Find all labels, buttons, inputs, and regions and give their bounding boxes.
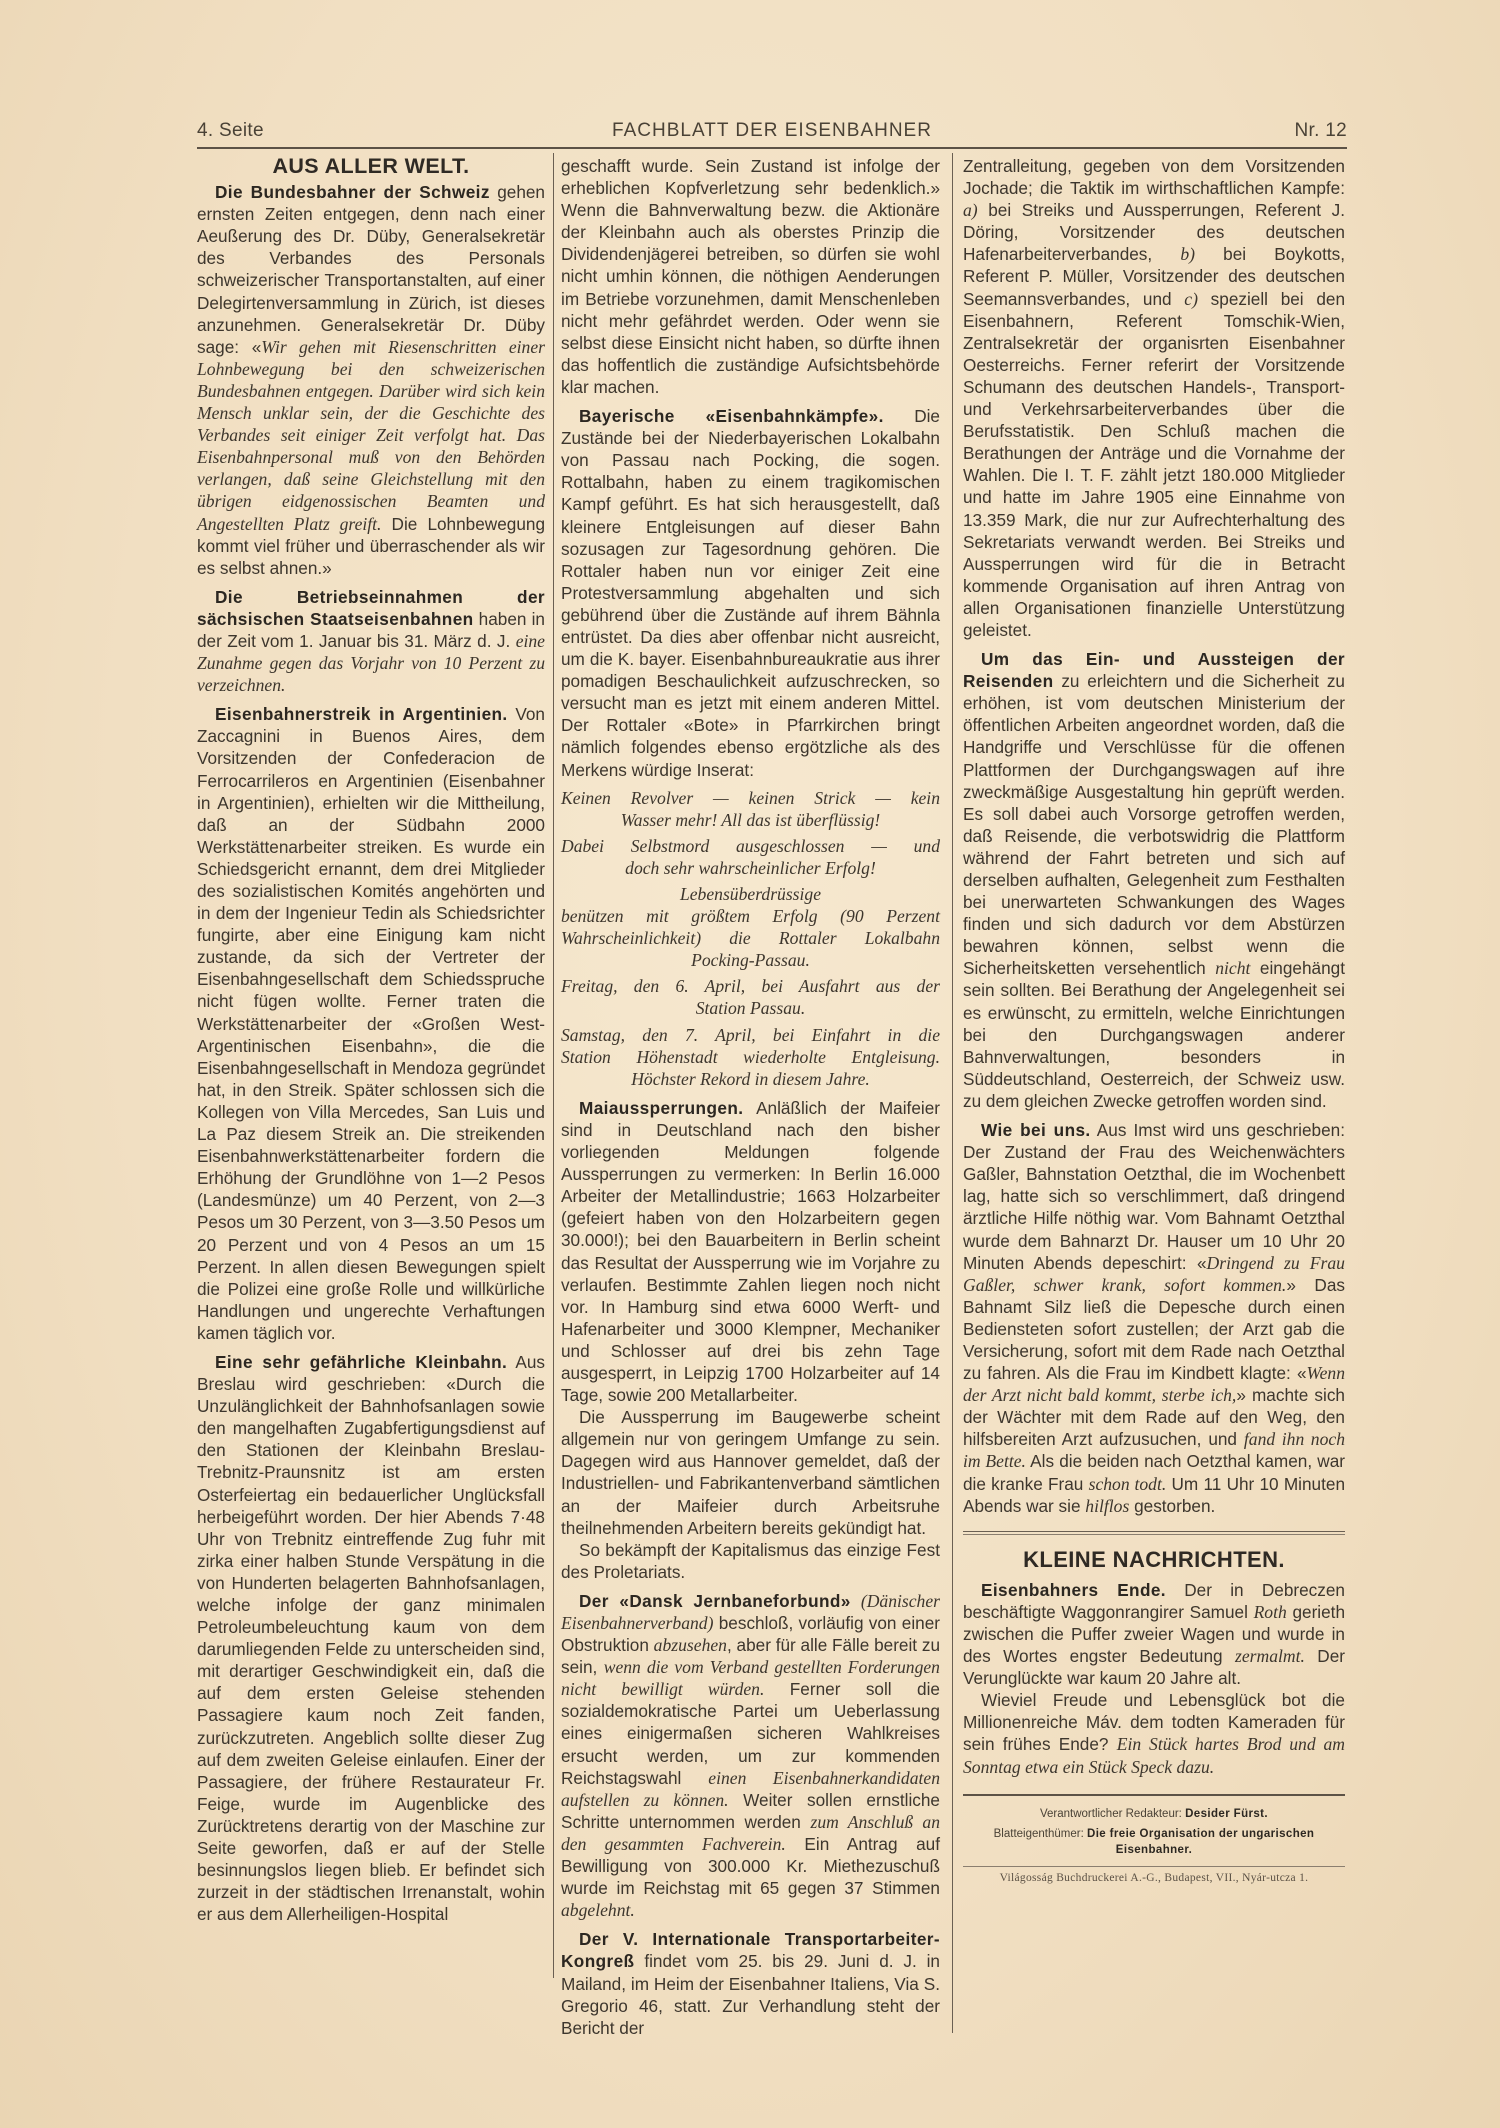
emphasis-text: abgelehnt. [561, 1900, 635, 1920]
article-headline: Die Bundesbahner der Schweiz [215, 182, 490, 202]
emphasis-text: nicht [1215, 958, 1250, 978]
article-paragraph: Der V. Internationale Transportarbeiter-… [561, 1928, 940, 2038]
article-paragraph: Eisenbahners Ende. Der in Debreczen besc… [963, 1579, 1345, 1689]
article-paragraph: Wie bei uns. Aus Imst wird uns geschrieb… [963, 1119, 1345, 1517]
ad-line: Freitag, den 6. April, bei Ausfahrt aus … [561, 975, 940, 997]
article-headline: Eisenbahnerstreik in Argentinien. [215, 704, 508, 724]
owner-name: Die freie Organisation der ungarischen E… [1087, 1828, 1314, 1856]
ad-line: Wasser mehr! All das ist überflüssig! [561, 809, 940, 831]
body-text: gehen ernsten Zeiten entgegen, denn nach… [197, 182, 545, 357]
article-headline: Wie bei uns. [981, 1120, 1091, 1140]
ad-line: Samstag, den 7. April, bei Einfahrt in d… [561, 1024, 940, 1046]
ad-line: Lebensüberdrüssige [561, 883, 940, 905]
ad-line: Dabei Selbstmord ausgeschlossen — und [561, 835, 940, 857]
body-text: Die Zustände bei der Niederbayerischen L… [561, 406, 940, 780]
article-paragraph: Bayerische «Eisenbahnkämpfe». Die Zustän… [561, 405, 940, 781]
body-text: Aus Breslau wird geschrieben: «Durch die… [197, 1352, 545, 1924]
body-text: So bekämpft der Kapitalismus das einzige… [561, 1540, 940, 1582]
article-headline: Bayerische «Eisenbahnkämpfe». [579, 406, 884, 426]
article-headline: Eine sehr gefährliche Kleinbahn. [215, 1352, 507, 1372]
article-paragraph: Zentralleitung, gegeben von dem Vorsitze… [963, 155, 1345, 641]
section-heading: KLEINE NACHRICHTEN. [963, 1549, 1345, 1571]
article-paragraph: So bekämpft der Kapitalismus das einzige… [561, 1539, 940, 1583]
emphasis-text: schon todt. [1089, 1474, 1167, 1494]
emphasis-text: zermalmt. [1235, 1646, 1305, 1666]
ad-line: Station Höhenstadt wiederholte Entgleisu… [561, 1046, 940, 1068]
emphasis-text: a) [963, 200, 978, 220]
body-text: Zentralleitung, gegeben von dem Vorsitze… [963, 156, 1345, 198]
article-paragraph: geschafft wurde. Sein Zustand ist infolg… [561, 155, 940, 398]
quoted-advertisement: Keinen Revolver — keinen Strick — keinWa… [561, 787, 940, 1090]
article-paragraph: Die Betriebseinnahmen der sächsischen St… [197, 586, 545, 696]
section-divider [963, 1531, 1345, 1532]
article-paragraph: Eine sehr gefährliche Kleinbahn. Aus Bre… [197, 1351, 545, 1925]
article-headline: Eisenbahners Ende. [981, 1580, 1166, 1600]
body-text: gestorben. [1129, 1496, 1215, 1516]
page-header: 4. Seite FACHBLATT DER EISENBAHNER Nr. 1… [197, 120, 1347, 146]
column-1: AUS ALLER WELT.Die Bundesbahner der Schw… [197, 155, 545, 1925]
ad-line: benützen mit größtem Erfolg (90 Perzent [561, 905, 940, 927]
column-divider-1 [553, 153, 554, 1978]
section-divider [963, 1534, 1345, 1535]
section-heading: AUS ALLER WELT. [197, 155, 545, 177]
ad-line: Höchster Rekord in diesem Jahre. [561, 1068, 940, 1090]
emphasis-text: hilflos [1085, 1496, 1129, 1516]
body-text: geschafft wurde. Sein Zustand ist infolg… [561, 156, 940, 397]
ad-line: doch sehr wahrscheinlicher Erfolg! [561, 857, 940, 879]
owner-label: Blatteigenthümer: [994, 1828, 1084, 1840]
article-headline: Der «Dansk Jernbaneforbund» [579, 1591, 851, 1611]
editor-line: Verantwortlicher Redakteur: Desider Fürs… [963, 1806, 1345, 1822]
article-headline: Maiaussperrungen. [579, 1098, 743, 1118]
emphasis-text: Roth [1254, 1602, 1287, 1622]
emphasis-text: b) [1180, 244, 1195, 264]
article-paragraph: Wieviel Freude und Lebensglück bot die M… [963, 1689, 1345, 1777]
body-text [851, 1591, 861, 1611]
ad-line: Pocking-Passau. [561, 949, 940, 971]
article-paragraph: Eisenbahnerstreik in Argentinien. Von Za… [197, 703, 545, 1344]
article-paragraph: Maiaussperrungen. Anläßlich der Maifeier… [561, 1097, 940, 1406]
emphasis-text: c) [1184, 289, 1198, 309]
body-text: Aus Imst wird uns geschrieben: Der Zusta… [963, 1120, 1345, 1273]
column-divider-2 [952, 153, 953, 2033]
column-2: geschafft wurde. Sein Zustand ist infolg… [561, 155, 940, 2039]
body-text: Von Zaccagnini in Buenos Aires, dem Vors… [197, 704, 545, 1343]
emphasis-text: Wir gehen mit Riesenschritten einer Lohn… [197, 337, 545, 534]
ad-line: Keinen Revolver — keinen Strick — kein [561, 787, 940, 809]
newspaper-page: 4. Seite FACHBLATT DER EISENBAHNER Nr. 1… [0, 0, 1500, 2128]
body-text: Anläßlich der Maifeier sind in Deutschla… [561, 1098, 940, 1405]
imprint-rule [963, 1794, 1345, 1796]
printer-rule [963, 1866, 1345, 1867]
owner-line: Blatteigenthümer: Die freie Organisation… [963, 1826, 1345, 1858]
printer-line: Világosság Buchdruckerei A.-G., Budapest… [963, 1872, 1345, 1884]
ad-line: Station Passau. [561, 997, 940, 1019]
imprint: Verantwortlicher Redakteur: Desider Fürs… [963, 1782, 1345, 1884]
body-text: eingehängt sein sollten. Bei Berathung d… [963, 958, 1345, 1111]
body-text: speziell bei den Eisenbahnern, Referent … [963, 289, 1345, 640]
article-paragraph: Die Aussperrung im Baugewerbe scheint al… [561, 1406, 940, 1539]
article-paragraph: Die Bundesbahner der Schweiz gehen ernst… [197, 181, 545, 579]
body-text: Die Aussperrung im Baugewerbe scheint al… [561, 1407, 940, 1537]
editor-name: Desider Fürst. [1185, 1808, 1268, 1820]
ad-line: Wahrscheinlichkeit) die Rottaler Lokalba… [561, 927, 940, 949]
article-paragraph: Der «Dansk Jernbaneforbund» (Dänischer E… [561, 1590, 940, 1921]
body-text: zu erleichtern und die Sicherheit zu erh… [963, 671, 1345, 978]
editor-label: Verantwortlicher Redakteur: [1040, 1808, 1182, 1820]
column-3: Zentralleitung, gegeben von dem Vorsitze… [963, 155, 1345, 1778]
emphasis-text: abzusehen [654, 1635, 727, 1655]
publication-title: FACHBLATT DER EISENBAHNER [197, 120, 1347, 142]
article-paragraph: Um das Ein- und Aussteigen der Reisenden… [963, 648, 1345, 1112]
issue-number: Nr. 12 [1295, 120, 1348, 142]
header-rule [197, 147, 1347, 149]
